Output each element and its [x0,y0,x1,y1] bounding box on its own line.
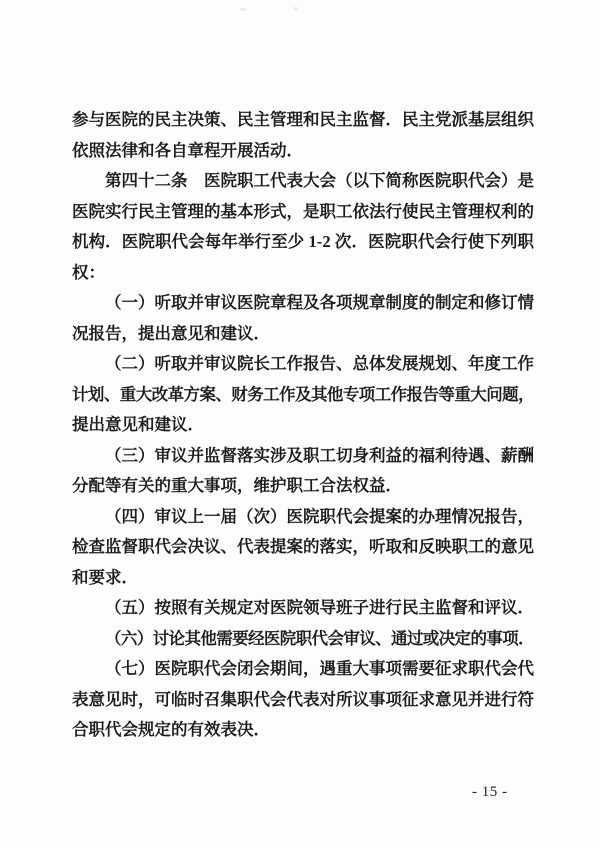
text-line: （三）审议并监督落实涉及职工切身利益的福利待遇、薪酬 [72,441,534,472]
text-line: 第四十二条 医院职工代表大会（以下简称医院职代会）是 [72,166,534,197]
text-line: 和要求． [72,563,534,594]
text-line: 计划、重大改革方案、财务工作及其他专项工作报告等重大问题， [72,380,534,411]
text-line: 表意见时，可临时召集职代会代表对所议事项征求意见并进行符 [72,685,534,716]
text-line: （一）听取并审议医院章程及各项规章制度的制定和修订情 [72,288,534,319]
text-line: 参与医院的民主决策、民主管理和民主监督．民主党派基层组织 [72,105,534,136]
page-number: - 15 - [472,782,508,802]
text-line: 况报告，提出意见和建议． [72,319,534,350]
text-line: 依照法律和各自章程开展活动． [72,136,534,167]
scan-artifact [293,7,298,10]
text-line: （七）医院职代会闭会期间，遇重大事项需要征求职代会代 [72,654,534,685]
text-line: （六）讨论其他需要经医院职代会审议、通过或决定的事项． [72,624,534,655]
document-page: 参与医院的民主决策、民主管理和民主监督．民主党派基层组织依照法律和各自章程开展活… [0,0,600,847]
text-line: 提出意见和建议． [72,410,534,441]
text-line: 机构．医院职代会每年举行至少 1-2 次．医院职代会行使下列职 [72,227,534,258]
text-line: 检查监督职代会决议、代表提案的落实，听取和反映职工的意见 [72,532,534,563]
scan-artifact [240,8,247,11]
text-line: （二）听取并审议院长工作报告、总体发展规划、年度工作 [72,349,534,380]
text-line: （五）按照有关规定对医院领导班子进行民主监督和评议． [72,593,534,624]
text-line: 分配等有关的重大事项，维护职工合法权益． [72,471,534,502]
text-line: （四）审议上一届（次）医院职代会提案的办理情况报告， [72,502,534,533]
text-line: 医院实行民主管理的基本形式，是职工依法行使民主管理权利的 [72,197,534,228]
text-line: 权： [72,258,534,289]
body-text: 参与医院的民主决策、民主管理和民主监督．民主党派基层组织依照法律和各自章程开展活… [72,105,534,746]
text-line: 合职代会规定的有效表决． [72,715,534,746]
